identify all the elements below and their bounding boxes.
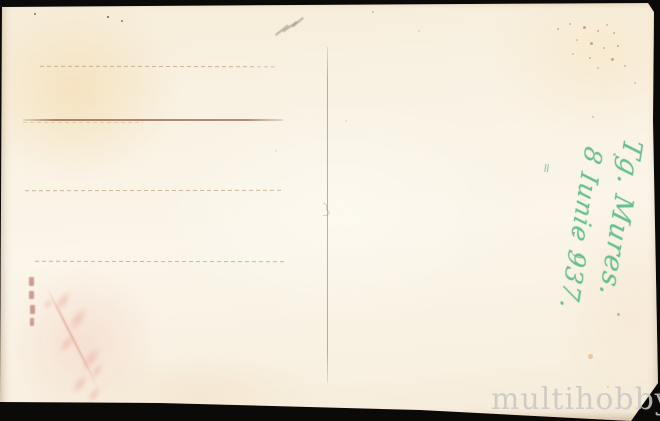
edge-stamp-text xyxy=(30,318,34,326)
printer-mark xyxy=(319,201,335,219)
postcard-back: Tg. Mures. 8 Iunie 937. = ) xyxy=(0,0,660,421)
stamp-crease xyxy=(46,287,99,388)
address-line xyxy=(23,119,283,121)
edge-stamp-text xyxy=(30,305,35,314)
aging-stain xyxy=(85,355,315,421)
handwriting-dash-mark: = xyxy=(538,161,554,173)
handwriting-note: Tg. Mures. 8 Iunie 937. xyxy=(547,132,648,362)
paper-highlight xyxy=(150,90,530,330)
address-line xyxy=(25,190,284,191)
address-line xyxy=(40,66,277,68)
edge-stamp-text xyxy=(29,291,34,299)
watermark-text: multihobby xyxy=(491,382,660,417)
edge-stamp-text xyxy=(29,277,34,286)
aging-stain xyxy=(488,0,660,140)
address-line xyxy=(35,261,286,262)
aging-stain xyxy=(8,265,158,420)
address-line xyxy=(23,122,143,123)
scanned-postcard-image: Tg. Mures. 8 Iunie 937. = ) multihobby xyxy=(0,0,660,421)
aging-stain xyxy=(0,5,180,180)
